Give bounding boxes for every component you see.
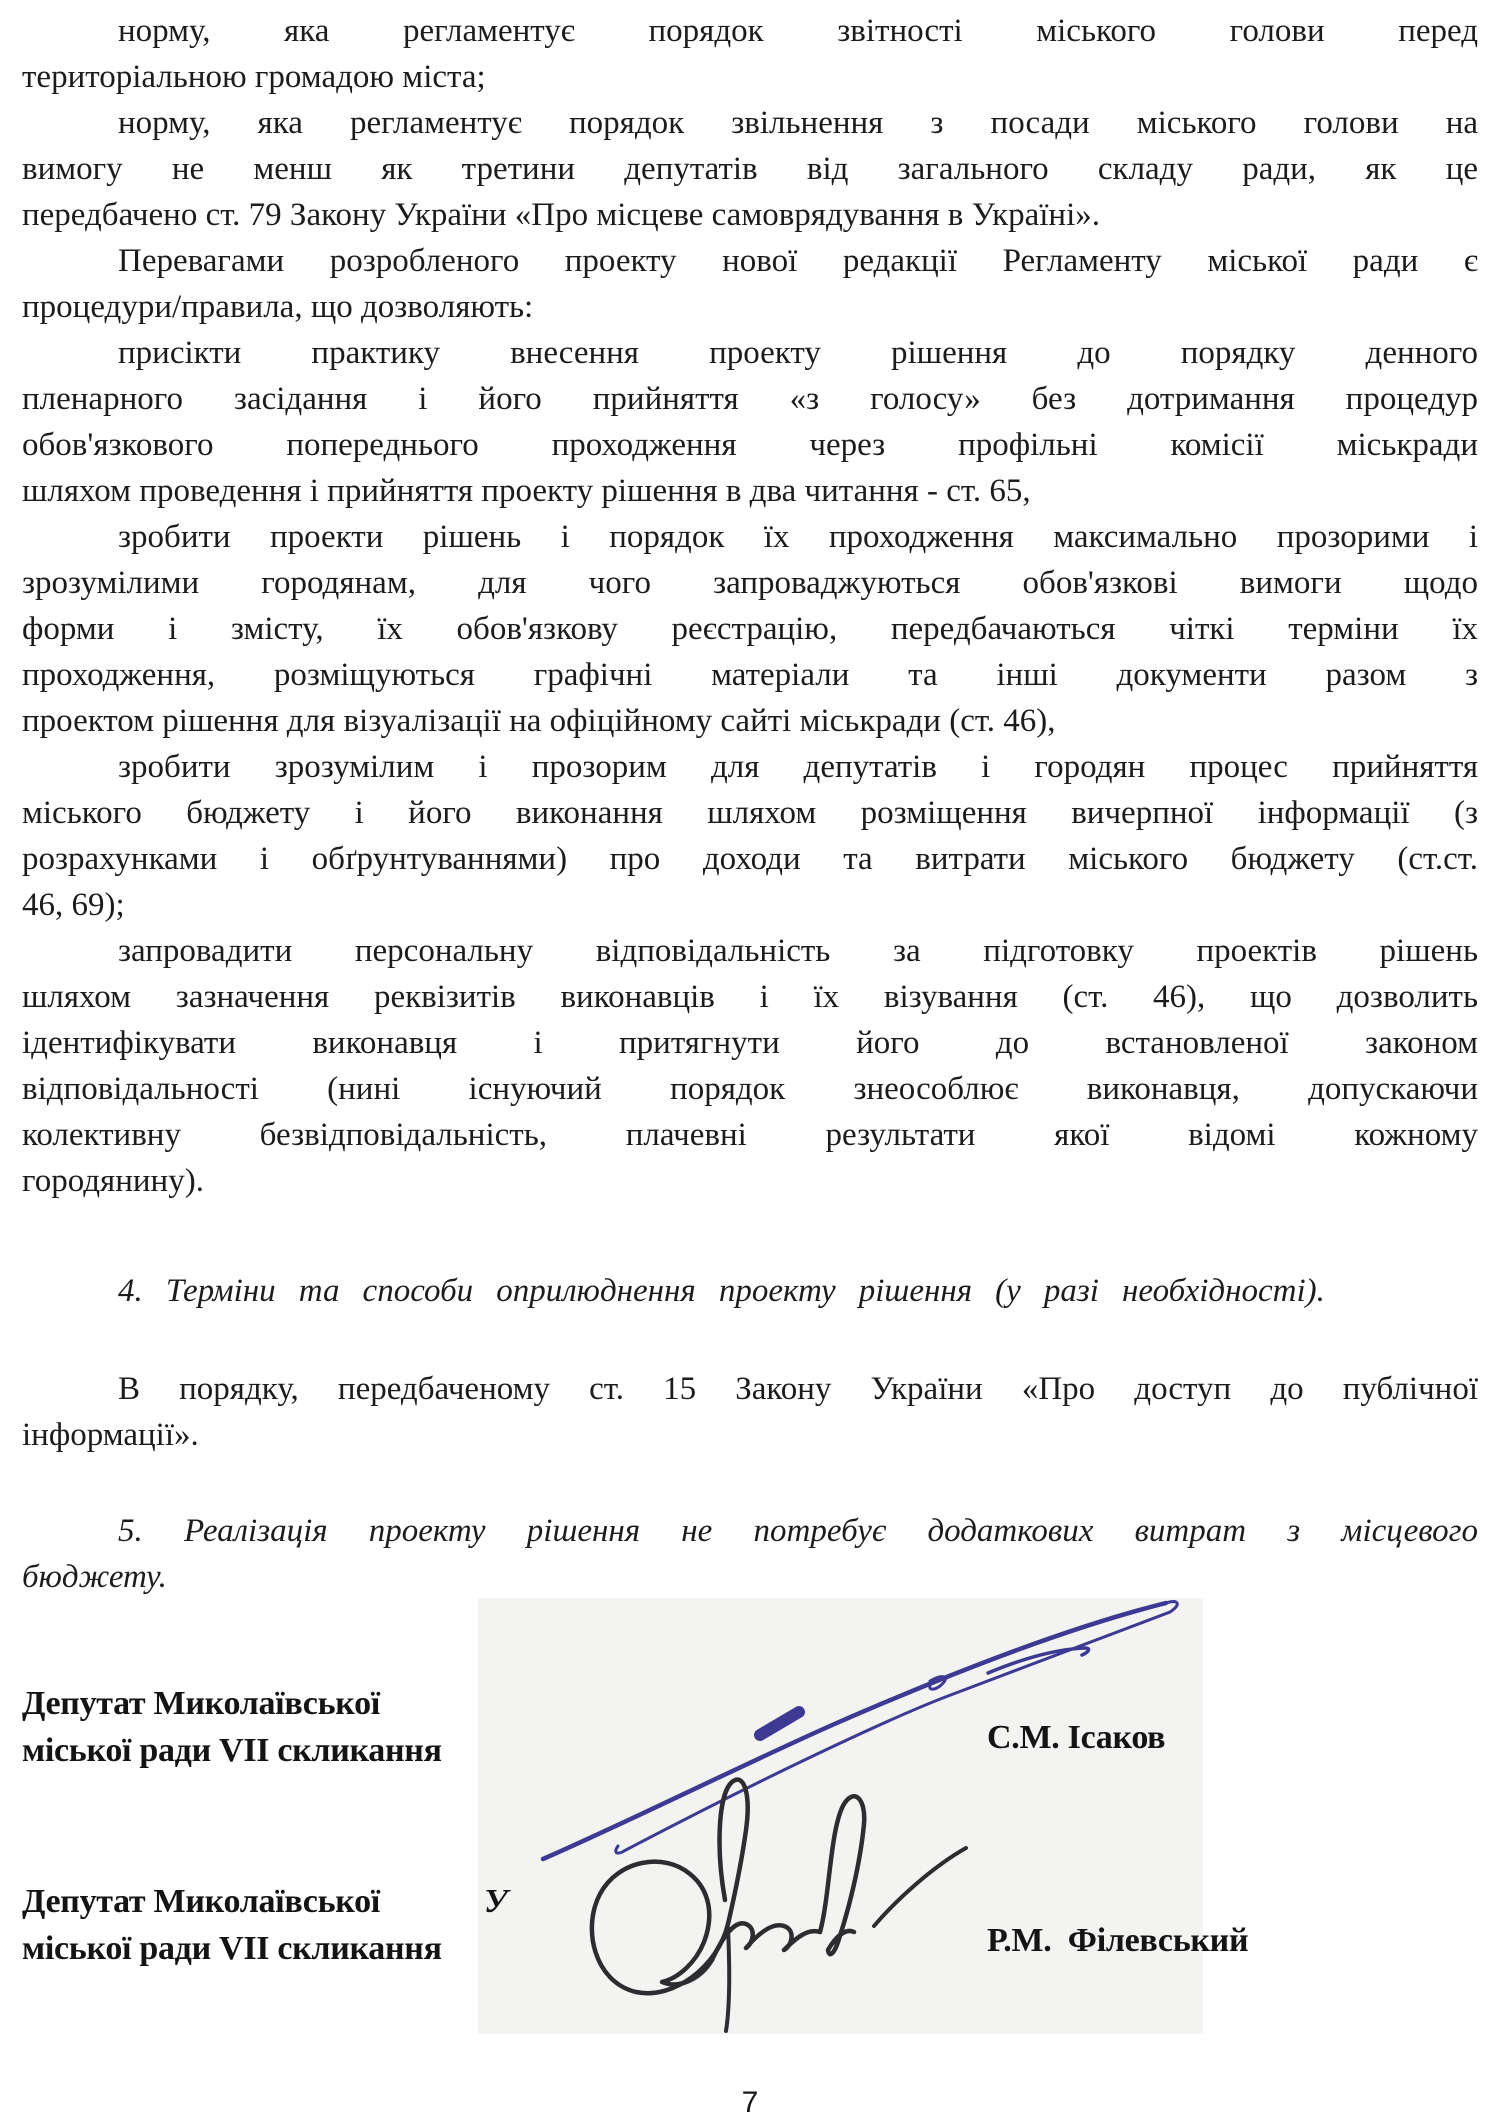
text-line: зрозумілими городянам, для чого запровад… bbox=[22, 560, 1478, 606]
signature-scan-image bbox=[478, 1598, 1203, 2034]
deputy-label-2-line-2: міської ради VII скликання bbox=[22, 1925, 442, 1972]
document-body: норму, яка регламентує порядок звітності… bbox=[22, 8, 1478, 1600]
paragraph-budget: зробити зрозумілим і прозорим для депута… bbox=[22, 744, 1478, 928]
text-line: розрахунками і обґрунтуваннями) про дохо… bbox=[22, 836, 1478, 882]
deputy-label-2-line-1: Депутат Миколаївської bbox=[22, 1878, 442, 1925]
text-line: передбачено ст. 79 Закону України «Про м… bbox=[22, 192, 1478, 238]
text-line: городянину). bbox=[22, 1158, 1478, 1204]
text-line: шляхом проведення і прийняття проекту рі… bbox=[22, 468, 1478, 514]
paragraph-reporting-norm: норму, яка регламентує порядок звітності… bbox=[22, 8, 1478, 100]
deputy-label-1-line-2: міської ради VII скликання bbox=[22, 1727, 442, 1774]
paragraph-responsibility: запровадити персональну відповідальність… bbox=[22, 928, 1478, 1204]
document-page: норму, яка регламентує порядок звітності… bbox=[0, 0, 1500, 2126]
text-line: колективну безвідповідальність, плачевні… bbox=[22, 1112, 1478, 1158]
heading-line: 4. Терміни та способи оприлюднення проек… bbox=[22, 1268, 1478, 1314]
text-line: норму, яка регламентує порядок звільненн… bbox=[22, 100, 1478, 146]
deputy-label-2: Депутат Миколаївської міської ради VII с… bbox=[22, 1878, 442, 1972]
text-line: обов'язкового попереднього проходження ч… bbox=[22, 422, 1478, 468]
text-line: шляхом зазначення реквізитів виконавців … bbox=[22, 974, 1478, 1020]
text-line: запровадити персональну відповідальність… bbox=[22, 928, 1478, 974]
text-line: норму, яка регламентує порядок звітності… bbox=[22, 8, 1478, 54]
text-line: територіальною громадою міста; bbox=[22, 54, 1478, 100]
text-line: проходження, розміщуються графічні матер… bbox=[22, 652, 1478, 698]
text-line: міського бюджету і його виконання шляхом… bbox=[22, 790, 1478, 836]
paragraph-advantages: Перевагами розробленого проекту нової ре… bbox=[22, 238, 1478, 330]
text-line: зробити проекти рішень і порядок їх прох… bbox=[22, 514, 1478, 560]
text-line: проектом рішення для візуалізації на офі… bbox=[22, 698, 1478, 744]
deputy-label-1: Депутат Миколаївської міської ради VII с… bbox=[22, 1680, 442, 1774]
text-line: 46, 69); bbox=[22, 882, 1478, 928]
paragraph-publication-order: В порядку, передбаченому ст. 15 Закону У… bbox=[22, 1366, 1478, 1458]
text-line: ідентифікувати виконавця і притягнути йо… bbox=[22, 1020, 1478, 1066]
section-heading-5: 5. Реалізація проекту рішення не потребу… bbox=[22, 1508, 1478, 1600]
paragraph-two-readings: присікти практику внесення проекту рішен… bbox=[22, 330, 1478, 514]
text-line: вимогу не менш як третини депутатів від … bbox=[22, 146, 1478, 192]
text-line: присікти практику внесення проекту рішен… bbox=[22, 330, 1478, 376]
text-line: Перевагами розробленого проекту нової ре… bbox=[22, 238, 1478, 284]
signature-section: Депутат Миколаївської міської ради VII с… bbox=[22, 1598, 1478, 2126]
paragraph-transparency: зробити проекти рішень і порядок їх прох… bbox=[22, 514, 1478, 744]
deputy-label-1-line-1: Депутат Миколаївської bbox=[22, 1680, 442, 1727]
heading-line: бюджету. bbox=[22, 1554, 1478, 1600]
deputy-name-isakov: С.М. Ісаков bbox=[987, 1719, 1165, 1757]
text-line: відповідальності (нині існуючий порядок … bbox=[22, 1066, 1478, 1112]
text-line: зробити зрозумілим і прозорим для депута… bbox=[22, 744, 1478, 790]
text-line: процедури/правила, що дозволяють: bbox=[22, 284, 1478, 330]
text-line: форми і змісту, їх обов'язкову реєстраці… bbox=[22, 606, 1478, 652]
stray-u-mark: У bbox=[484, 1878, 508, 1925]
page-number: 7 bbox=[22, 2086, 1478, 2120]
paragraph-dismissal-norm: норму, яка регламентує порядок звільненн… bbox=[22, 100, 1478, 238]
section-heading-4: 4. Терміни та способи оприлюднення проек… bbox=[22, 1268, 1478, 1314]
text-line: В порядку, передбаченому ст. 15 Закону У… bbox=[22, 1366, 1478, 1412]
text-line: пленарного засідання і його прийняття «з… bbox=[22, 376, 1478, 422]
heading-line: 5. Реалізація проекту рішення не потребу… bbox=[22, 1508, 1478, 1554]
text-line: інформації». bbox=[22, 1412, 1478, 1458]
deputy-name-filevsky: Р.М. Філевський bbox=[987, 1922, 1248, 1960]
